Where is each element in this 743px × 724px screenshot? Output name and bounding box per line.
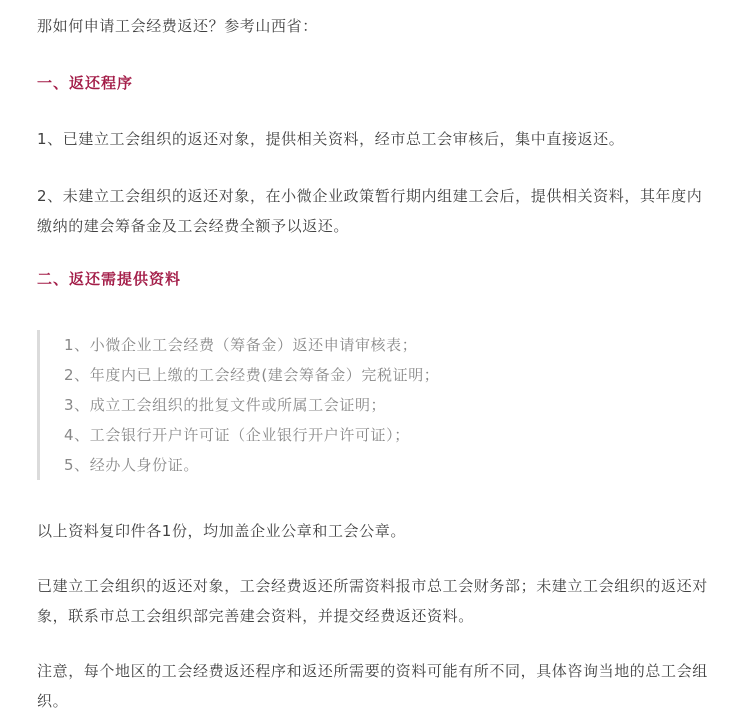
procedure-item-2: 2、未建立工会组织的返还对象，在小微企业政策暂行期内组建工会后，提供相关资料，其…: [37, 181, 717, 241]
caution-note-paragraph: 注意，每个地区的工会经费返还程序和返还所需要的资料可能有所不同，具体咨询当地的总…: [37, 656, 717, 716]
submit-note-paragraph: 已建立工会组织的返还对象，工会经费返还所需资料报市总工会财务部；未建立工会组织的…: [37, 571, 717, 631]
copies-note-paragraph: 以上资料复印件各1份，均加盖企业公章和工会公章。: [37, 516, 717, 546]
material-item-2: 2、年度内已上缴的工会经费(建会筹备金）完税证明；: [64, 360, 704, 390]
procedure-item-1: 1、已建立工会组织的返还对象，提供相关资料，经市总工会审核后，集中直接返还。: [37, 124, 717, 154]
material-item-1: 1、小微企业工会经费（筹备金）返还申请审核表；: [64, 330, 704, 360]
section-heading-materials: 二、返还需提供资料: [37, 264, 181, 294]
material-item-4: 4、工会银行开户许可证（企业银行开户许可证）；: [64, 420, 704, 450]
materials-blockquote: 1、小微企业工会经费（筹备金）返还申请审核表； 2、年度内已上缴的工会经费(建会…: [37, 330, 704, 480]
material-item-5: 5、经办人身份证。: [64, 450, 704, 480]
intro-paragraph: 那如何申请工会经费返还？参考山西省：: [37, 11, 318, 41]
material-item-3: 3、成立工会组织的批复文件或所属工会证明；: [64, 390, 704, 420]
section-heading-procedure: 一、返还程序: [37, 68, 133, 98]
